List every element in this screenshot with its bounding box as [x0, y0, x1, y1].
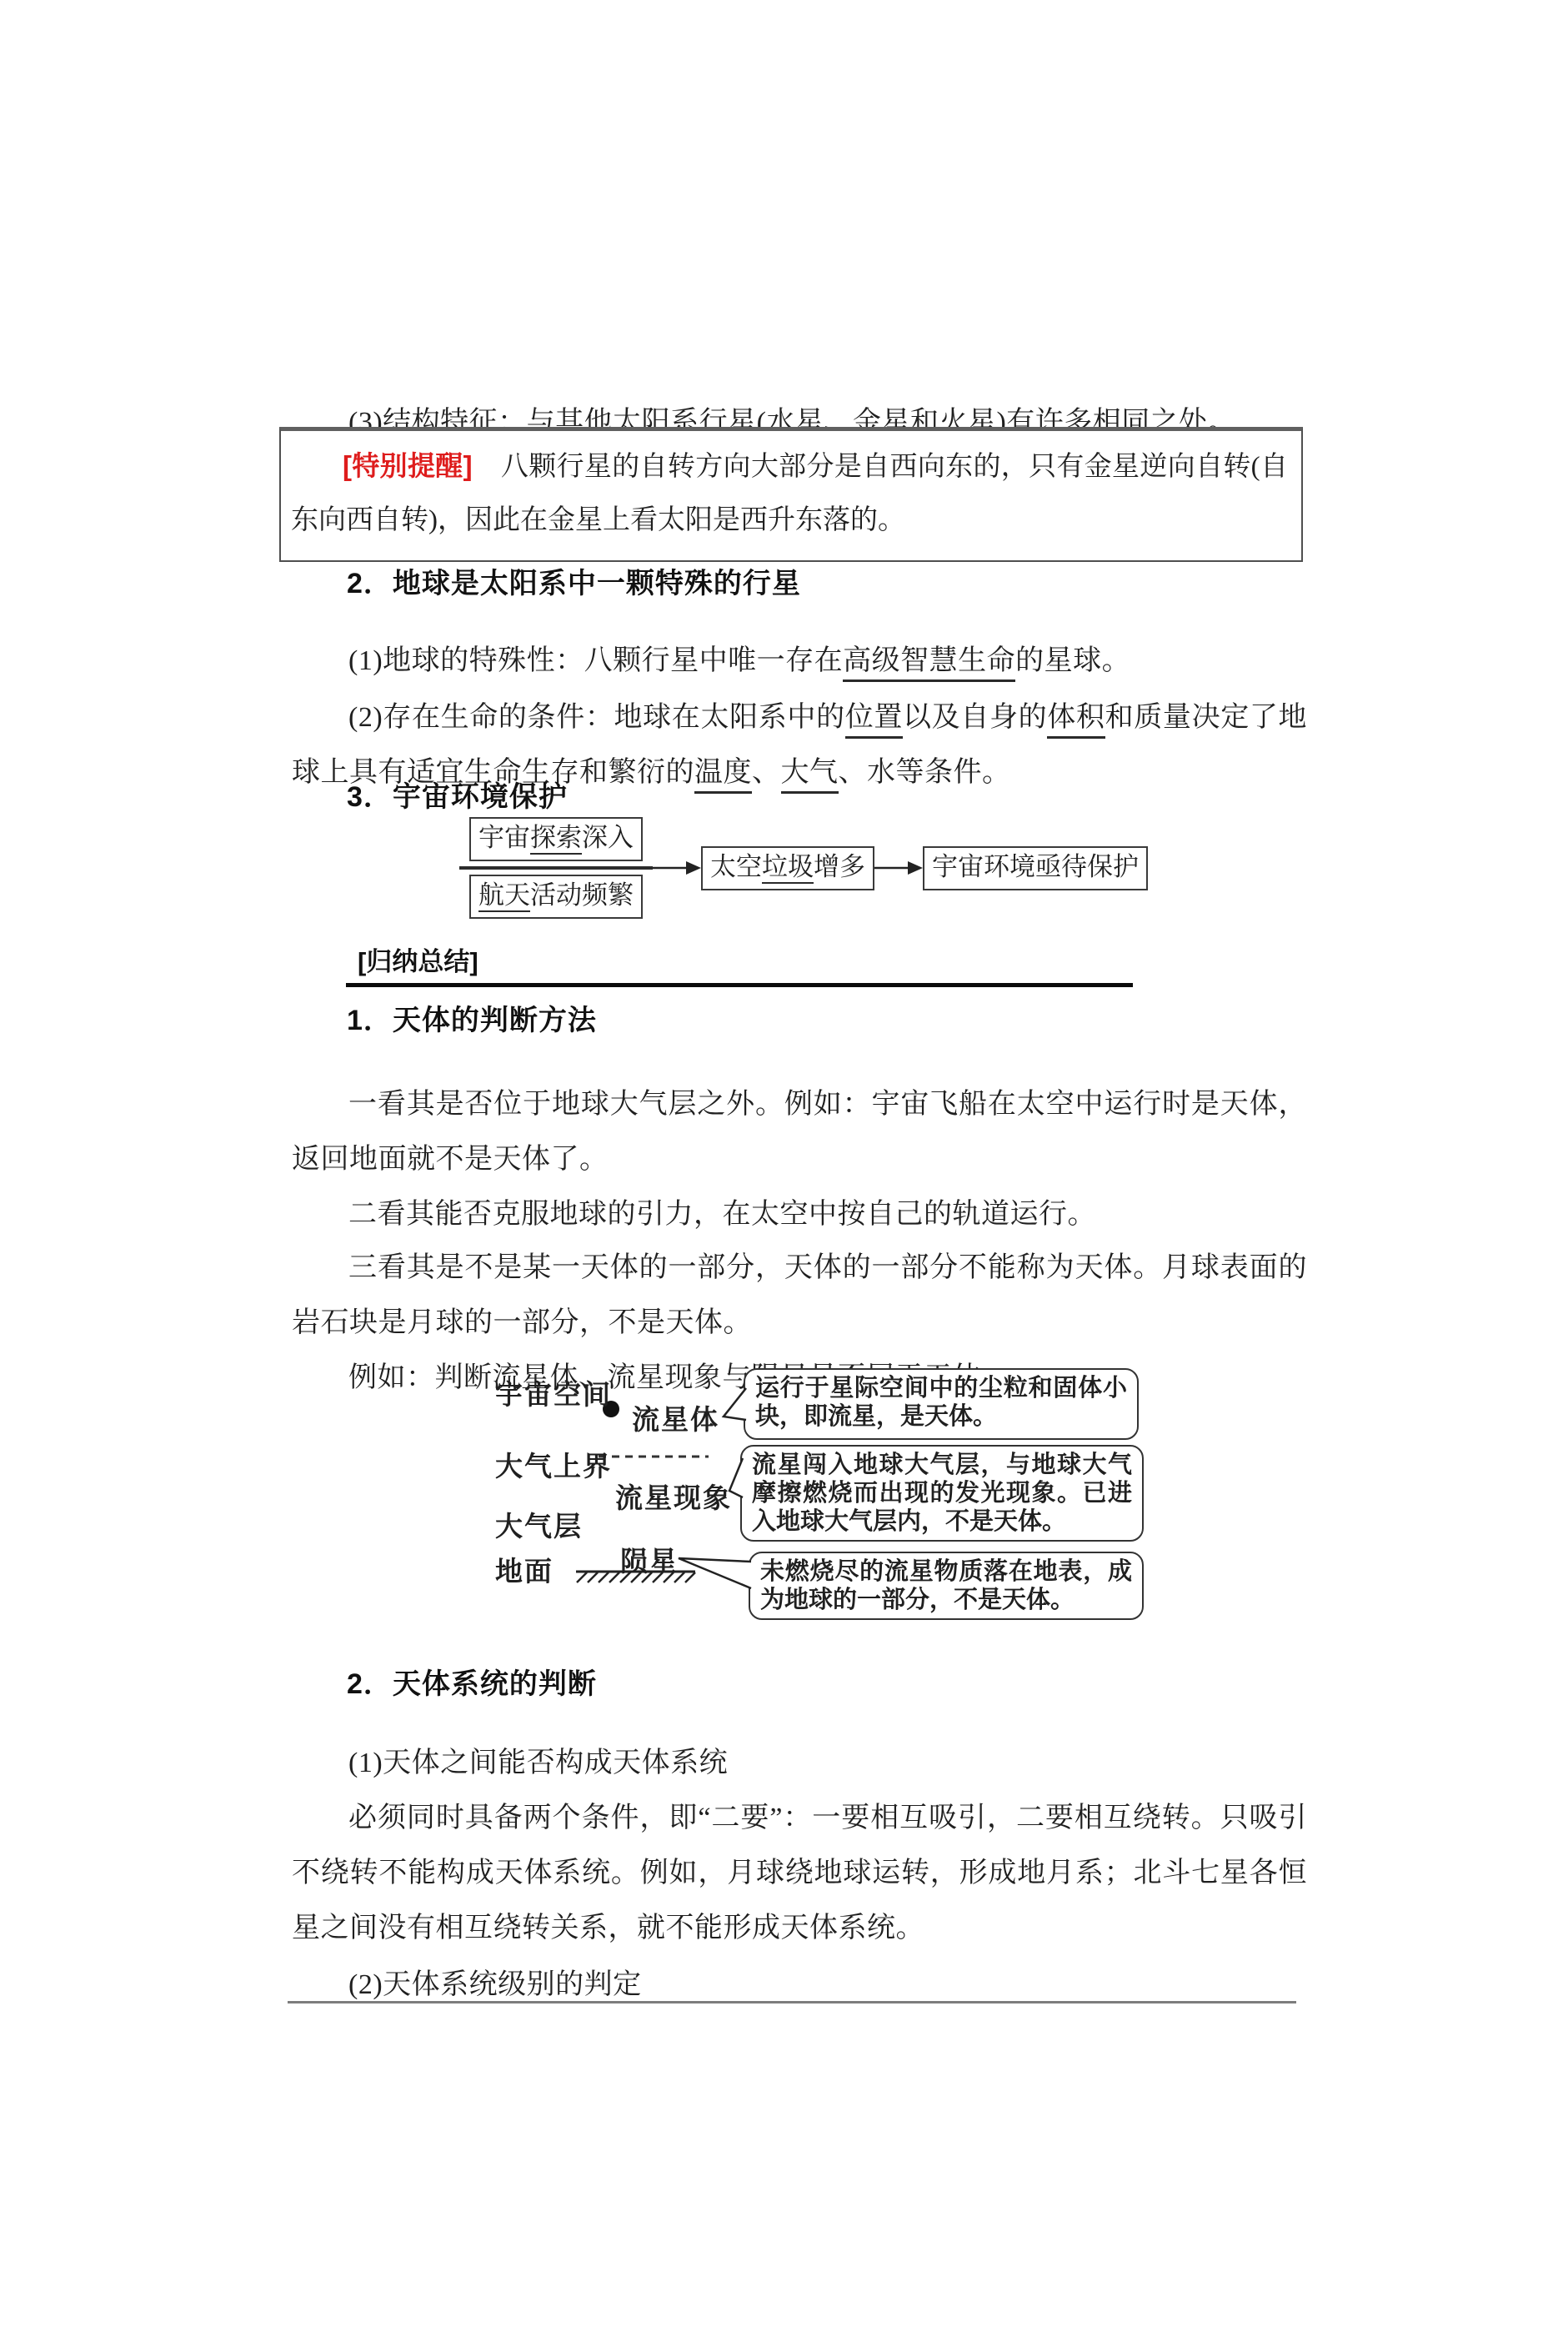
- callout-meteorite: 未燃烧尽的流星物质落在地表，成为地球的一部分，不是天体。: [749, 1552, 1144, 1620]
- callout-tail-3: [679, 1558, 751, 1588]
- special-reminder-box: [特别提醒]八颗行星的自转方向大部分是自西向东的，只有金星逆向自转(自东向西自转…: [279, 427, 1303, 562]
- summary-tag-label: [归纳总结]: [358, 947, 478, 976]
- right-arrow-icon: [874, 858, 923, 878]
- space-protection-flow-diagram: 宇宙探索深入 航天活动频繁 太空垃圾增多 宇宙环境亟待保护: [459, 817, 1148, 919]
- paragraph-system-conditions: 必须同时具备两个条件，即“二要”：一要相互吸引，二要相互绕转。只吸引不绕转不能构…: [292, 1791, 1307, 1956]
- callout-meteor-phenomenon: 流星闯入地球大气层，与地球大气摩擦燃烧而出现的发光现象。已进入地球大气层内，不是…: [740, 1445, 1144, 1542]
- heading-earth-special: 2．地球是太阳系中一颗特殊的行星: [347, 560, 801, 601]
- node-meteorite: 陨星: [620, 1540, 679, 1579]
- heading-system-judgment: 2．天体系统的判断: [347, 1661, 597, 1702]
- paragraph-earth-uniqueness: (1)地球的特殊性：八颗行星中唯一存在高级智慧生命的星球。: [292, 634, 1307, 689]
- right-arrow-icon: [653, 858, 701, 878]
- node-meteoroid: 流星体: [632, 1398, 719, 1437]
- paragraph-system-level-title: (2)天体系统级别的判定: [292, 1958, 1307, 2013]
- callout-meteoroid: 运行于星际空间中的尘粒和固体小块，即流星，是天体。: [744, 1368, 1139, 1440]
- heading-space-environment: 3．宇宙环境保护: [347, 774, 568, 815]
- reminder-paragraph: [特别提醒]八颗行星的自转方向大部分是自西向东的，只有金星逆向自转(自东向西自转…: [291, 439, 1288, 547]
- flow-stack-divider: [459, 866, 653, 870]
- label-ground: 地面: [495, 1550, 554, 1589]
- flow-box-aerospace-activity: 航天活动频繁: [469, 875, 643, 919]
- label-atmosphere: 大气层: [495, 1505, 583, 1544]
- heading-celestial-body-judgment: 1．天体的判断方法: [347, 997, 597, 1038]
- node-meteor-phenomenon: 流星现象: [615, 1477, 732, 1516]
- paragraph-rule-one: 一看其是否位于地球大气层之外。例如：宇宙飞船在太空中运行时是天体，返回地面就不是…: [292, 1077, 1307, 1187]
- callout-tail-1: [724, 1388, 746, 1420]
- flow-box-space-exploration: 宇宙探索深入: [469, 817, 643, 861]
- page-bottom-rule: [288, 2001, 1296, 2003]
- reminder-label: [特别提醒]: [343, 450, 473, 481]
- summary-tag: [归纳总结]: [346, 940, 1133, 987]
- flow-cause-stack: 宇宙探索深入 航天活动频繁: [459, 817, 653, 919]
- paragraph-rule-two: 二看其能否克服地球的引力，在太空中按自己的轨道运行。: [292, 1187, 1307, 1242]
- paragraph-system-condition-title: (1)天体之间能否构成天体系统: [292, 1736, 1307, 1791]
- document-page: (3)结构特征：与其他太阳系行星(水星、金星和火星)有许多相同之处。 [特别提醒…: [0, 0, 1568, 2352]
- meteor-diagram: 运行于星际空间中的尘粒和固体小块，即流星，是天体。 流星闯入地球大气层，与地球大…: [493, 1372, 1152, 1622]
- flow-box-space-junk: 太空垃圾增多: [701, 846, 874, 890]
- label-atmosphere-top: 大气上界: [495, 1445, 612, 1484]
- paragraph-rule-three: 三看其是不是某一天体的一部分，天体的一部分不能称为天体。月球表面的岩石块是月球的…: [292, 1241, 1307, 1351]
- label-outer-space: 宇宙空间: [495, 1373, 612, 1412]
- flow-box-protect-environment: 宇宙环境亟待保护: [923, 846, 1148, 890]
